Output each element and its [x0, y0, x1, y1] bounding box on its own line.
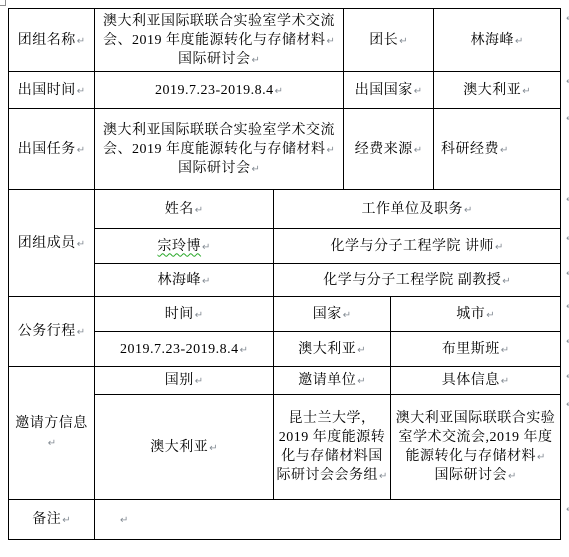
itinerary-city[interactable]: 布里斯班↵	[391, 332, 561, 367]
table-row: 团组名称↵澳大利亚国际联联合实验室学术交流会、2019 年度能源转化与存储材料↵…	[9, 9, 561, 72]
member-name-1-text: 宗玲博	[158, 239, 202, 254]
label-leader-text: 团长	[369, 33, 398, 48]
label-remarks-text: 备注	[32, 512, 61, 527]
invite-details[interactable]: 澳大利亚国际联联合实验室学术交流会,2019 年度能源转化与存储材料↵国际研讨会…	[391, 395, 561, 500]
member-workplace-2-text: 化学与分子工程学院 副教授	[323, 273, 501, 288]
cell-end-mark: ↵	[202, 276, 210, 287]
table-row: 团组成员↵姓名↵工作单位及职务↵	[9, 190, 561, 229]
cell-end-mark: ↵	[357, 376, 365, 387]
value-destination-country-text: 澳大利亚	[463, 83, 521, 98]
cell-end-mark: ↵	[515, 36, 523, 47]
cell-end-mark: ↵	[500, 145, 508, 156]
label-trip-task-text: 出国任务	[18, 142, 76, 157]
value-group-name-text: 国际研讨会	[178, 52, 251, 67]
table-row: 出国任务↵澳大利亚国际联联合实验室学术交流会、2019 年度能源转化与存储材料↵…	[9, 109, 561, 190]
label-funding-source[interactable]: 经费来源↵	[344, 109, 434, 190]
label-trip-task[interactable]: 出国任务↵	[9, 109, 95, 190]
table-body: 团组名称↵澳大利亚国际联联合实验室学术交流会、2019 年度能源转化与存储材料↵…	[9, 9, 561, 540]
cell-end-mark: ↵	[120, 515, 128, 526]
member-name-1[interactable]: 宗玲博↵	[95, 229, 274, 264]
itinerary-city-text: 布里斯班	[442, 342, 500, 357]
cell-end-mark: ↵	[486, 310, 494, 321]
table-row: 公务行程↵时间↵国家↵城市↵	[9, 297, 561, 332]
header-invite-country-text: 国别	[165, 373, 194, 388]
member-name-2-text: 林海峰	[158, 273, 202, 288]
cell-end-mark: ↵	[77, 36, 85, 47]
cell-end-mark: ↵	[195, 205, 203, 216]
label-group-members-text: 团组成员	[18, 236, 76, 251]
cell-end-mark: ↵	[77, 86, 85, 97]
cell-end-mark: ↵	[399, 36, 407, 47]
header-itinerary-country[interactable]: 国家↵	[274, 297, 391, 332]
cell-end-mark: ↵	[495, 242, 503, 253]
value-trip-task-text: 国际研讨会	[178, 161, 251, 176]
invite-details-text: 国际研讨会	[435, 468, 508, 483]
label-inviting-party-text: 邀请方信息	[15, 416, 88, 431]
label-itinerary-text: 公务行程	[18, 324, 76, 339]
cell-end-mark: ↵	[195, 376, 203, 387]
itinerary-country-text: 澳大利亚	[298, 342, 356, 357]
label-group-name[interactable]: 团组名称↵	[9, 9, 95, 72]
value-destination-country[interactable]: 澳大利亚↵	[434, 72, 561, 109]
cell-end-mark: ↵	[195, 310, 203, 321]
label-leader[interactable]: 团长↵	[344, 9, 434, 72]
cell-end-mark: ↵	[48, 438, 56, 449]
cell-end-mark: ↵	[522, 86, 530, 97]
table-row: 邀请方信息↵国别↵邀请单位↵具体信息↵	[9, 367, 561, 395]
value-trip-task[interactable]: 澳大利亚国际联联合实验室学术交流会、2019 年度能源转化与存储材料↵国际研讨会…	[95, 109, 344, 190]
document-page: 团组名称↵澳大利亚国际联联合实验室学术交流会、2019 年度能源转化与存储材料↵…	[0, 0, 569, 557]
header-itinerary-time-text: 时间	[165, 307, 194, 322]
value-group-name[interactable]: 澳大利亚国际联联合实验室学术交流会、2019 年度能源转化与存储材料↵国际研讨会…	[95, 9, 344, 72]
invite-details-text: 澳大利亚国际联联合实验室学术交流会,2019 年度能源转化与存储材料	[396, 411, 556, 464]
cell-end-mark: ↵	[537, 452, 545, 463]
table-row: 备注↵↵	[9, 500, 561, 540]
cell-end-mark: ↵	[77, 327, 85, 338]
itinerary-time[interactable]: 2019.7.23-2019.8.4↵	[95, 332, 274, 367]
value-group-name-text: 澳大利亚国际联联合实验室学术交流会、2019 年度能源转化与存储材料	[103, 14, 335, 48]
value-funding-source-text: 科研经费	[441, 142, 499, 157]
header-member-workplace-text: 工作单位及职务	[362, 202, 464, 217]
itinerary-time-text: 2019.7.23-2019.8.4	[120, 342, 239, 357]
label-itinerary[interactable]: 公务行程↵	[9, 297, 95, 367]
itinerary-country[interactable]: 澳大利亚↵	[274, 332, 391, 367]
cell-end-mark: ↵	[252, 55, 260, 66]
delegation-info-table: 团组名称↵澳大利亚国际联联合实验室学术交流会、2019 年度能源转化与存储材料↵…	[8, 8, 561, 540]
cell-end-mark: ↵	[77, 145, 85, 156]
value-remarks[interactable]: ↵	[95, 500, 561, 540]
cell-end-mark: ↵	[343, 310, 351, 321]
value-trip-time-text: 2019.7.23-2019.8.4	[155, 83, 274, 98]
cell-end-mark: ↵	[414, 86, 422, 97]
cell-end-mark: ↵	[414, 145, 422, 156]
member-workplace-2[interactable]: 化学与分子工程学院 副教授↵	[274, 264, 561, 297]
value-trip-time[interactable]: 2019.7.23-2019.8.4↵	[95, 72, 344, 109]
header-itinerary-city-text: 城市	[456, 307, 485, 322]
cell-end-mark: ↵	[77, 239, 85, 250]
cell-end-mark: ↵	[501, 345, 509, 356]
table-row: 出国时间↵2019.7.23-2019.8.4↵出国国家↵澳大利亚↵	[9, 72, 561, 109]
header-invite-details-text: 具体信息	[442, 373, 500, 388]
cell-end-mark: ↵	[202, 242, 210, 253]
cell-end-mark: ↵	[240, 345, 248, 356]
member-workplace-1[interactable]: 化学与分子工程学院 讲师↵	[274, 229, 561, 264]
cell-end-mark: ↵	[327, 145, 335, 156]
header-itinerary-time[interactable]: 时间↵	[95, 297, 274, 332]
member-workplace-1-text: 化学与分子工程学院 讲师	[331, 239, 495, 254]
header-member-workplace[interactable]: 工作单位及职务↵	[274, 190, 561, 229]
cell-end-mark: ↵	[327, 36, 335, 47]
invite-org-text: 昆士兰大学，2019 年度能源转化与存储材料国际研讨会会务组	[277, 411, 386, 483]
label-destination-country[interactable]: 出国国家↵	[344, 72, 434, 109]
cell-end-mark: ↵	[379, 471, 387, 482]
value-leader-text: 林海峰	[471, 33, 515, 48]
cell-end-mark: ↵	[275, 86, 283, 97]
header-itinerary-city[interactable]: 城市↵	[391, 297, 561, 332]
cell-end-mark: ↵	[62, 515, 70, 526]
label-group-name-text: 团组名称	[18, 33, 76, 48]
member-name-2[interactable]: 林海峰↵	[95, 264, 274, 297]
label-trip-time[interactable]: 出国时间↵	[9, 72, 95, 109]
value-funding-source[interactable]: 科研经费↵	[434, 109, 561, 190]
cell-end-mark: ↵	[209, 443, 217, 454]
header-invite-details[interactable]: 具体信息↵	[391, 367, 561, 395]
value-leader[interactable]: 林海峰↵	[434, 9, 561, 72]
invite-country-text: 澳大利亚	[150, 440, 208, 455]
header-invite-org-text: 邀请单位	[298, 373, 356, 388]
cell-end-mark: ↵	[252, 164, 260, 175]
label-destination-country-text: 出国国家	[355, 83, 413, 98]
value-trip-task-text: 澳大利亚国际联联合实验室学术交流会、2019 年度能源转化与存储材料	[103, 123, 335, 157]
cell-end-mark: ↵	[502, 276, 510, 287]
header-member-name-text: 姓名	[165, 202, 194, 217]
cell-end-mark: ↵	[464, 205, 472, 216]
label-funding-source-text: 经费来源	[355, 142, 413, 157]
invite-country[interactable]: 澳大利亚↵	[95, 395, 274, 500]
invite-org[interactable]: 昆士兰大学，2019 年度能源转化与存储材料国际研讨会会务组↵	[274, 395, 391, 500]
cell-end-mark: ↵	[508, 471, 516, 482]
label-trip-time-text: 出国时间	[18, 83, 76, 98]
header-member-name[interactable]: 姓名↵	[95, 190, 274, 229]
header-invite-country[interactable]: 国别↵	[95, 367, 274, 395]
label-inviting-party[interactable]: 邀请方信息↵	[9, 367, 95, 500]
header-itinerary-country-text: 国家	[313, 307, 342, 322]
label-group-members[interactable]: 团组成员↵	[9, 190, 95, 297]
cell-end-mark: ↵	[357, 345, 365, 356]
cell-end-mark: ↵	[501, 376, 509, 387]
label-remarks[interactable]: 备注↵	[9, 500, 95, 540]
header-invite-org[interactable]: 邀请单位↵	[274, 367, 391, 395]
table-move-handle[interactable]	[0, 0, 6, 6]
